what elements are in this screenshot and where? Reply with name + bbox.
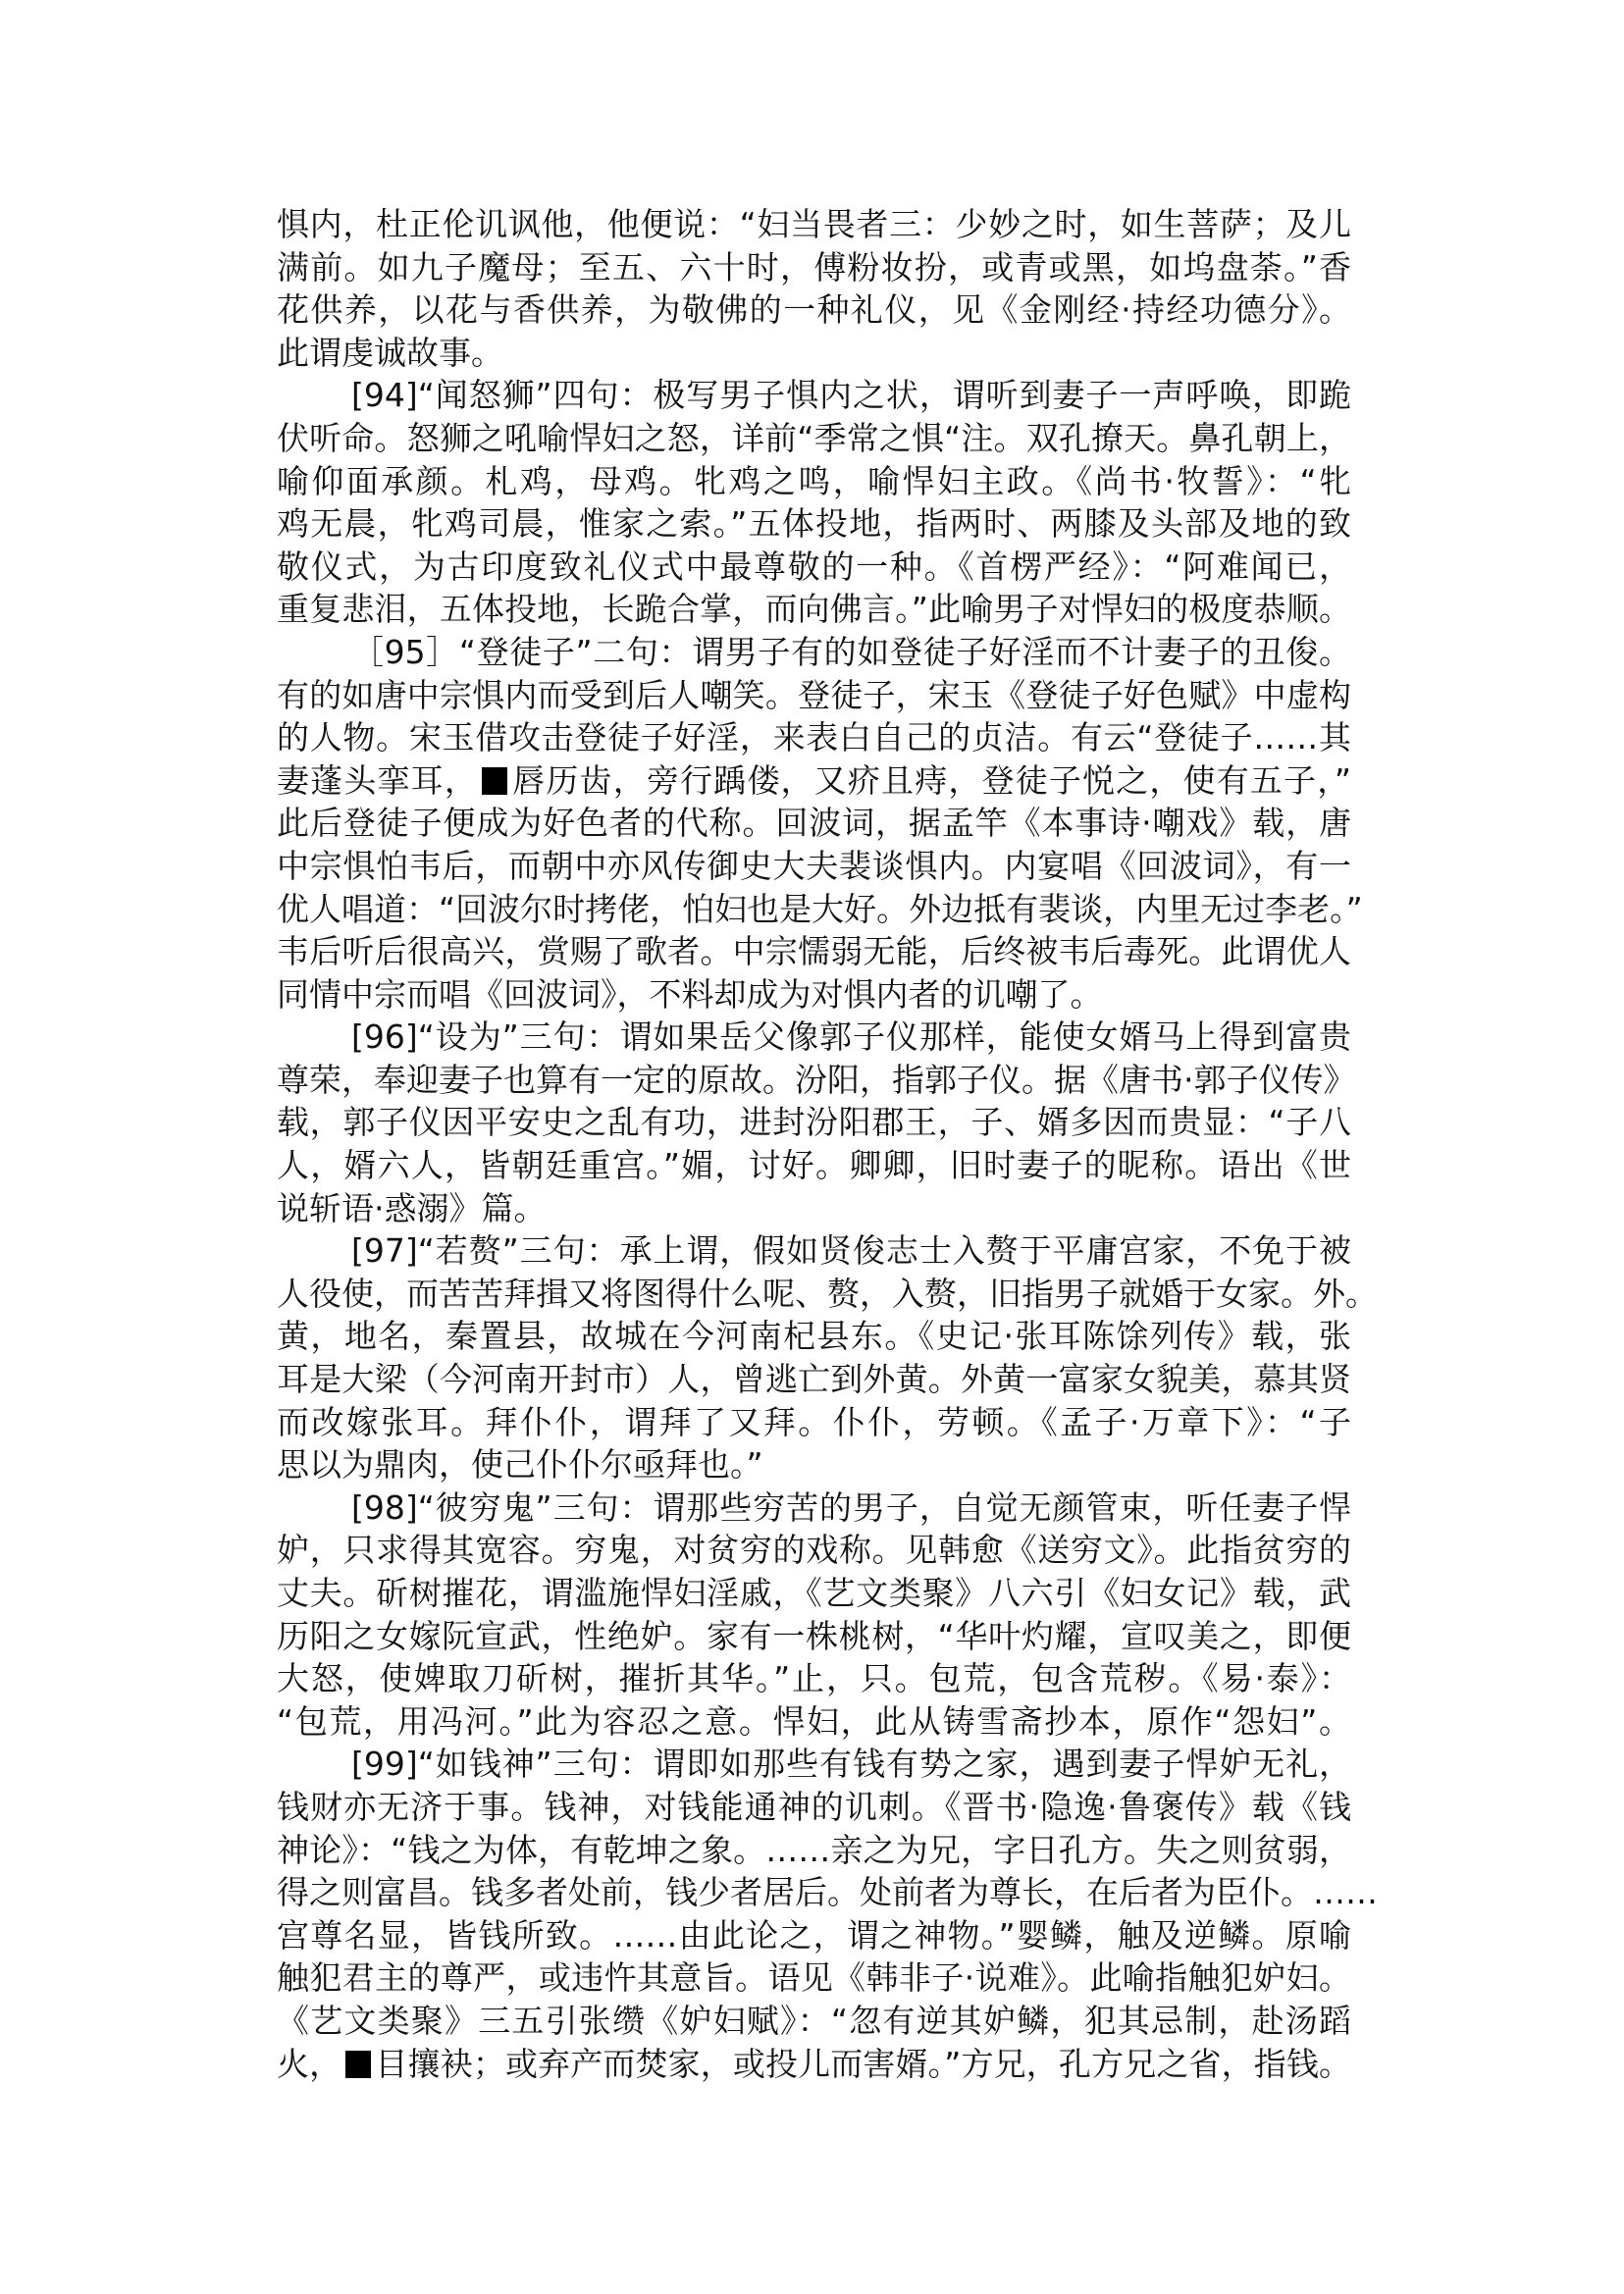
text-line: 载，郭子仪因平安史之乱有功，进封汾阳郡王，子、婿多因而贵显：“子八 xyxy=(277,1101,1351,1144)
text-line-with-redacted-char: 妻蓬头挛耳，唇历齿，旁行踽偻，又疥且痔，登徒子悦之，使有五子，” xyxy=(277,759,1351,803)
text-line: “包荒，用冯河。”此为容忍之意。悍妇，此从铸雪斋抄本，原作“怨妇”。 xyxy=(277,1700,1351,1744)
text-line: 同情中宗而唱《回波词》，不料却成为对惧内者的讥嘲了。 xyxy=(277,973,1351,1017)
text-line: 有的如唐中宗惧内而受到后人嘲笑。登徒子，宋玉《登徒子好色赋》中虚构 xyxy=(277,674,1351,717)
note-heading-line: [96]“设为”三句：谓如果岳父像郭子仪那样，能使女婿马上得到富贵 xyxy=(277,1016,1351,1059)
missing-glyph-block xyxy=(482,767,507,795)
text-line: 人役使，而苦苦拜揖又将图得什么呢、赘，入赘，旧指男子就婚于女家。外。 xyxy=(277,1273,1351,1316)
text-line: 得之则富昌。钱多者处前，钱少者居后。处前者为尊长，在后者为臣仆。…… xyxy=(277,1871,1351,1914)
text-line-with-redacted-char: 火，目攘袂；或弃产而焚家，或投儿而害婿。”方兄，孔方兄之省，指钱。 xyxy=(277,2043,1351,2086)
paragraph-continuation: 惧内，杜正伦讥讽他，他便说：“妇当畏者三：少妙之时，如生菩萨；及儿 满前。如九子… xyxy=(277,203,1351,374)
note-heading-line: [98]“彼穷鬼”三句：谓那些穷苦的男子，自觉无颜管束，听任妻子悍 xyxy=(277,1486,1351,1530)
text-line: 喻仰面承颜。札鸡，母鸡。牝鸡之鸣，喻悍妇主政。《尚书·牧誓》：“牝 xyxy=(277,460,1351,503)
note-98: [98]“彼穷鬼”三句：谓那些穷苦的男子，自觉无颜管束，听任妻子悍 妒，只求得其… xyxy=(277,1486,1351,1744)
text-line: 钱财亦无济于事。钱神，对钱能通神的讥刺。《晋书·隐逸·鲁褒传》载《钱 xyxy=(277,1786,1351,1829)
note-heading-line: [99]“如钱神”三句：谓即如那些有钱有势之家，遇到妻子悍妒无礼， xyxy=(277,1743,1351,1786)
text-line: 惧内，杜正伦讥讽他，他便说：“妇当畏者三：少妙之时，如生菩萨；及儿 xyxy=(277,203,1351,246)
document-page: 惧内，杜正伦讥讽他，他便说：“妇当畏者三：少妙之时，如生菩萨；及儿 满前。如九子… xyxy=(277,203,1351,2085)
text-line: 人，婿六人，皆朝廷重宫。”媚，讨好。卿卿，旧时妻子的昵称。语出《世 xyxy=(277,1144,1351,1187)
text-line: 尊荣，奉迎妻子也算有一定的原故。汾阳，指郭子仪。据《唐书·郭子仪传》 xyxy=(277,1059,1351,1102)
note-99: [99]“如钱神”三句：谓即如那些有钱有势之家，遇到妻子悍妒无礼， 钱财亦无济于… xyxy=(277,1743,1351,2085)
text-line: 妒，只求得其宽容。穷鬼，对贫穷的戏称。见韩愈《送穷文》。此指贫穷的 xyxy=(277,1529,1351,1572)
text-line: 黄，地名，秦置县，故城在今河南杞县东。《史记·张耳陈馀列传》载，张 xyxy=(277,1315,1351,1358)
text-line: 触犯君主的尊严，或违忤其意旨。语见《韩非子·说难》。此喻指触犯妒妇。 xyxy=(277,1956,1351,2000)
text-line: 优人唱道：“回波尔时拷佬，怕妇也是大好。外边抵有裴谈，内里无过李老。” xyxy=(277,888,1351,931)
note-95: ［95］“登徒子”二句：谓男子有的如登徒子好淫而不计妻子的丑俊。 有的如唐中宗惧… xyxy=(277,631,1351,1016)
text-line: 此谓虔诚故事。 xyxy=(277,332,1351,375)
text-line: 宫尊名显，皆钱所致。……由此论之，谓之神物。”婴鳞，触及逆鳞。原喻 xyxy=(277,1914,1351,1957)
note-96: [96]“设为”三句：谓如果岳父像郭子仪那样，能使女婿马上得到富贵 尊荣，奉迎妻… xyxy=(277,1016,1351,1229)
text-line: 满前。如九子魔母；至五、六十时，傅粉妆扮，或青或黑，如坞盘荼。”香 xyxy=(277,246,1351,289)
text-line: 的人物。宋玉借攻击登徒子好淫，来表白自己的贞洁。有云“登徒子……其 xyxy=(277,716,1351,759)
text-line: 而改嫁张耳。拜仆仆，谓拜了又拜。仆仆，劳顿。《孟子·万章下》：“子 xyxy=(277,1401,1351,1444)
text-line: 大怒，使婢取刀斫树，摧折其华。”止，只。包荒，包含荒秽。《易·泰》： xyxy=(277,1657,1351,1700)
note-heading-line: [94]“闻怒狮”四句：极写男子惧内之状，谓听到妻子一声呼唤，即跪 xyxy=(277,374,1351,417)
text-line: 神论》：“钱之为体，有乾坤之象。……亲之为兄，字日孔方。失之则贫弱， xyxy=(277,1829,1351,1872)
text-line: 鸡无晨，牝鸡司晨，惟家之索。”五体投地，指两时、两膝及头部及地的致 xyxy=(277,502,1351,546)
text-line: 丈夫。斫树摧花，谓滥施悍妇淫戚，《艺文类聚》八六引《妇女记》载，武 xyxy=(277,1572,1351,1615)
text-line: 历阳之女嫁阮宣武，性绝妒。家有一株桃树，“华叶灼耀，宣叹美之，即便 xyxy=(277,1615,1351,1658)
text-line: 伏听命。怒狮之吼喻悍妇之怒，详前“季常之惧“注。双孔撩天。鼻孔朝上， xyxy=(277,417,1351,460)
text-line: 中宗惧怕韦后，而朝中亦风传御史大夫裴谈惧内。内宴唱《回波词》，有一 xyxy=(277,845,1351,888)
note-94: [94]“闻怒狮”四句：极写男子惧内之状，谓听到妻子一声呼唤，即跪 伏听命。怒狮… xyxy=(277,374,1351,631)
text-line: 韦后听后很高兴，赏赐了歌者。中宗懦弱无能，后终被韦后毒死。此谓优人 xyxy=(277,930,1351,973)
text-line: 说斩语·惑溺》篇。 xyxy=(277,1187,1351,1230)
note-heading-line: [97]“若赘”三句：承上谓，假如贤俊志士入赘于平庸宫家，不免于被 xyxy=(277,1229,1351,1273)
missing-glyph-block xyxy=(345,2051,371,2078)
text-line: 敬仪式，为古印度致礼仪式中最尊敬的一种。《首楞严经》：“阿难闻已， xyxy=(277,546,1351,589)
text-line: 思以为鼎肉，使己仆仆尔亟拜也。” xyxy=(277,1443,1351,1486)
note-97: [97]“若赘”三句：承上谓，假如贤俊志士入赘于平庸宫家，不免于被 人役使，而苦… xyxy=(277,1229,1351,1486)
text-line: 《艺文类聚》三五引张缵《妒妇赋》：“忽有逆其妒鳞，犯其忌制，赴汤蹈 xyxy=(277,2000,1351,2043)
text-line: 重复悲泪，五体投地，长跪合掌，而向佛言。”此喻男子对悍妇的极度恭顺。 xyxy=(277,588,1351,631)
text-line: 此后登徒子便成为好色者的代称。回波词，据孟竿《本事诗·嘲戏》载，唐 xyxy=(277,802,1351,845)
note-heading-line: ［95］“登徒子”二句：谓男子有的如登徒子好淫而不计妻子的丑俊。 xyxy=(277,631,1351,674)
text-line: 耳是大梁（今河南开封市）人，曾逃亡到外黄。外黄一富家女貌美，慕其贤 xyxy=(277,1358,1351,1401)
text-line: 花供养，以花与香供养，为敬佛的一种礼仪，见《金刚经·持经功德分》。 xyxy=(277,288,1351,332)
